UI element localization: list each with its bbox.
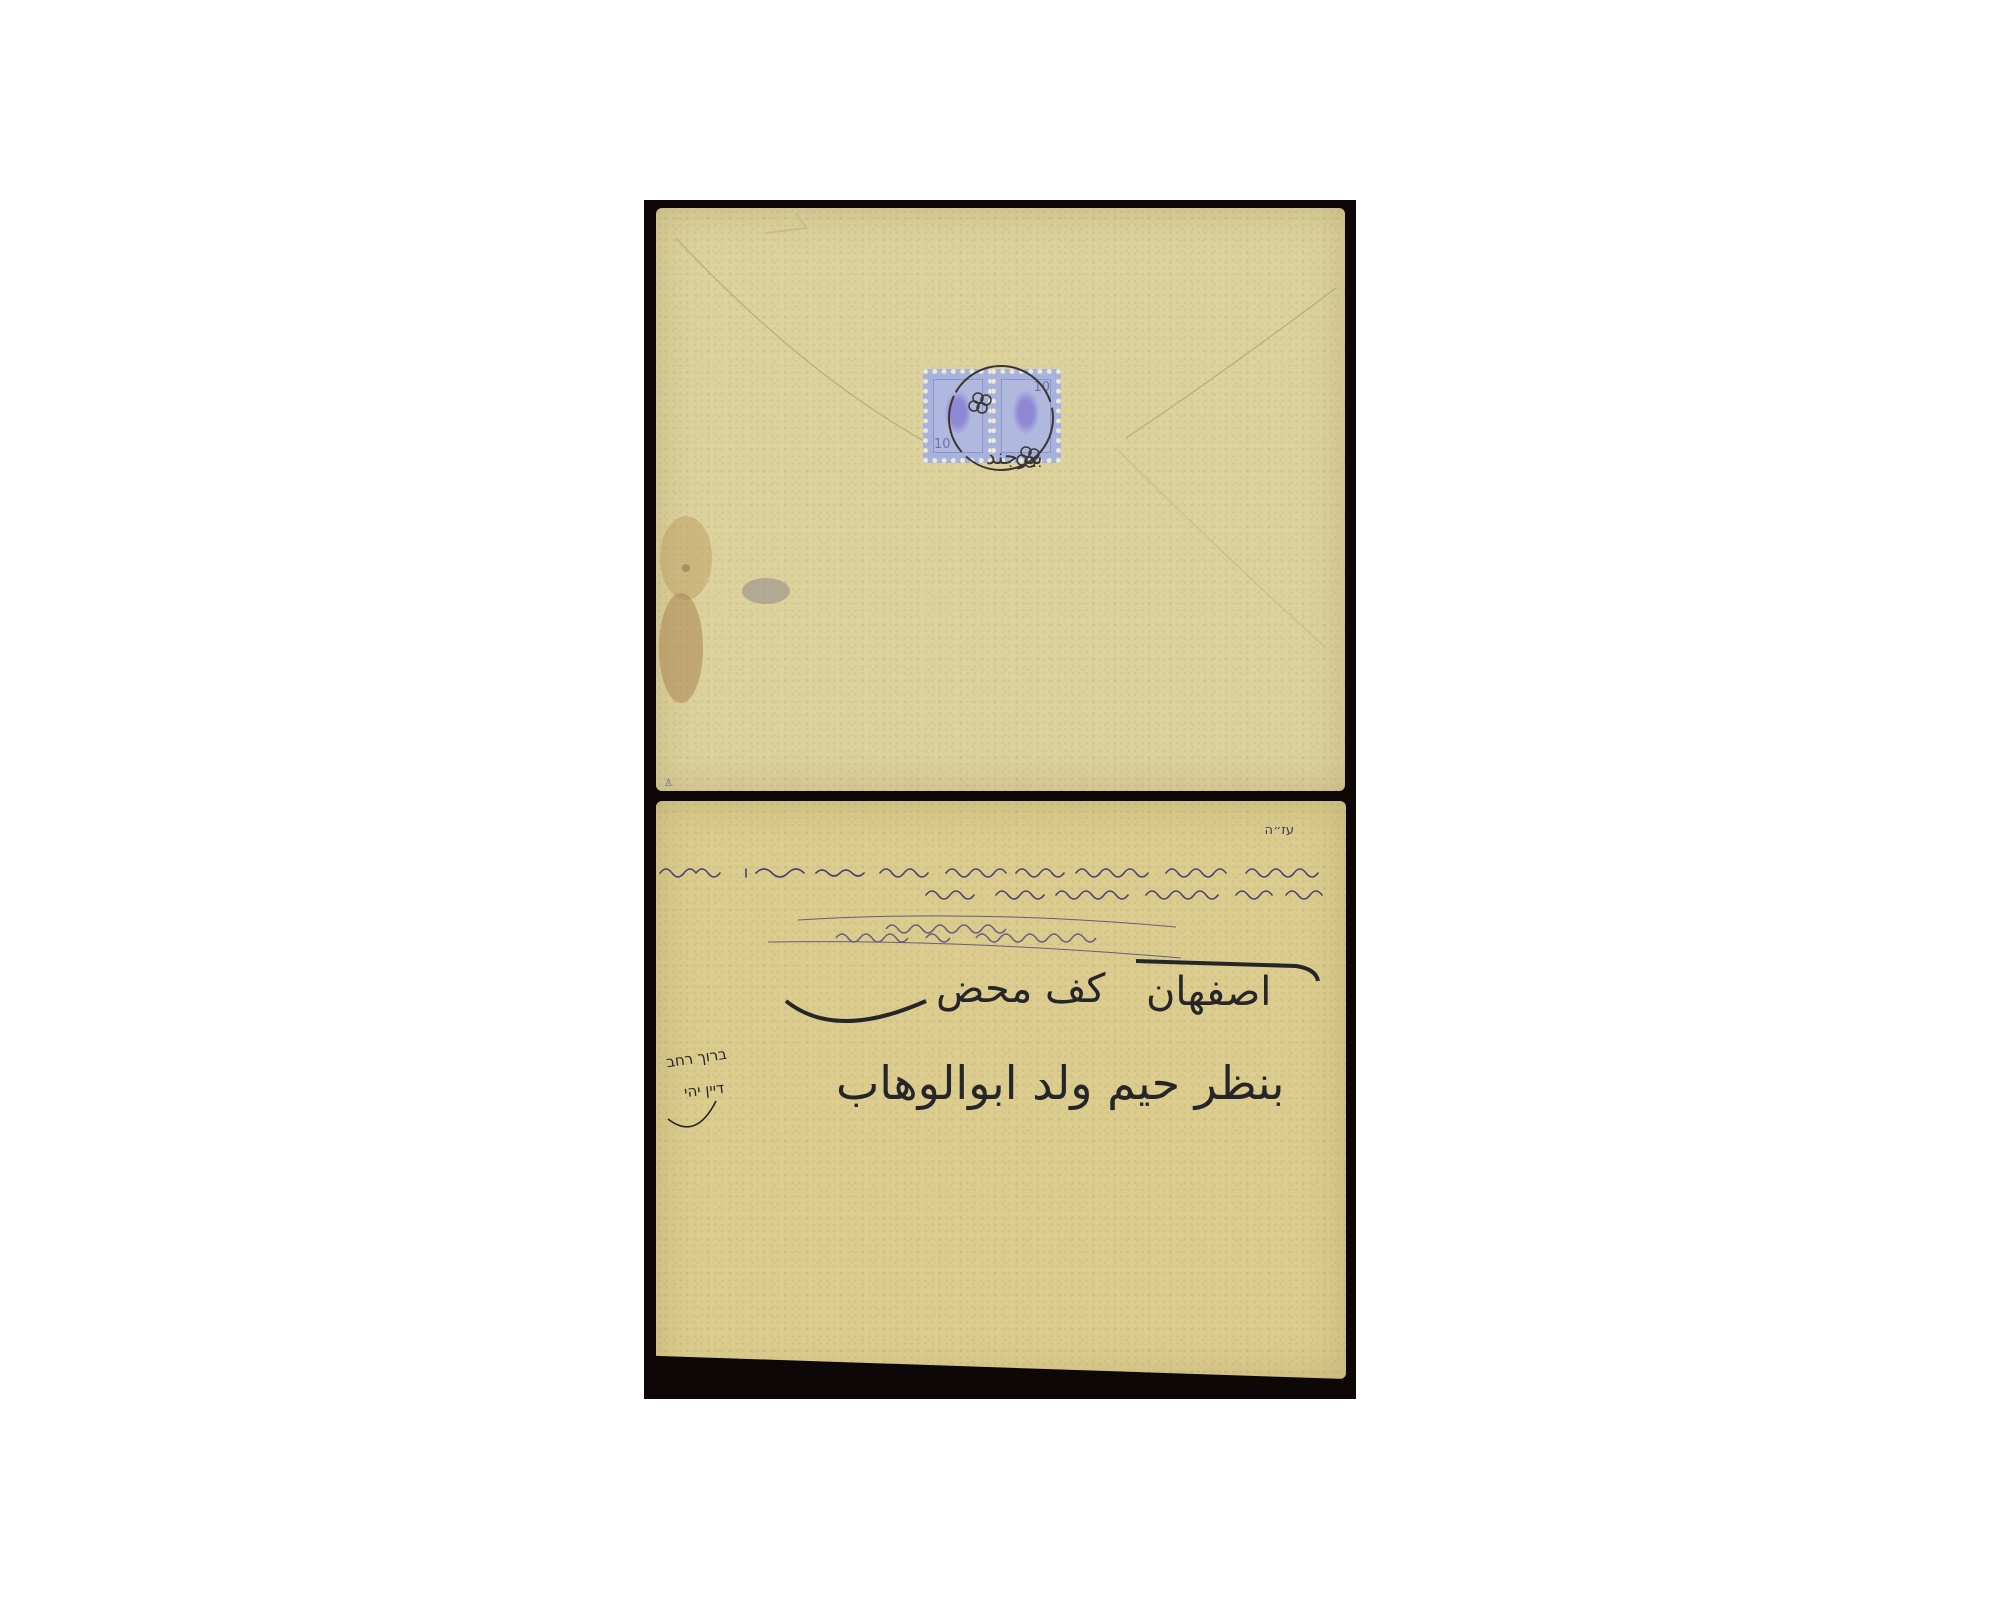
envelope-front: עז״ה کف محض اصفهان بنظر حیم ولد ابوالوها… (656, 801, 1346, 1379)
postmark: بیرجند (656, 208, 1345, 791)
envelope-back: ♙ 10 10 بیرجند (656, 208, 1345, 791)
postmark-text: بیرجند (986, 445, 1043, 470)
left-note-flourish (656, 801, 1346, 1379)
